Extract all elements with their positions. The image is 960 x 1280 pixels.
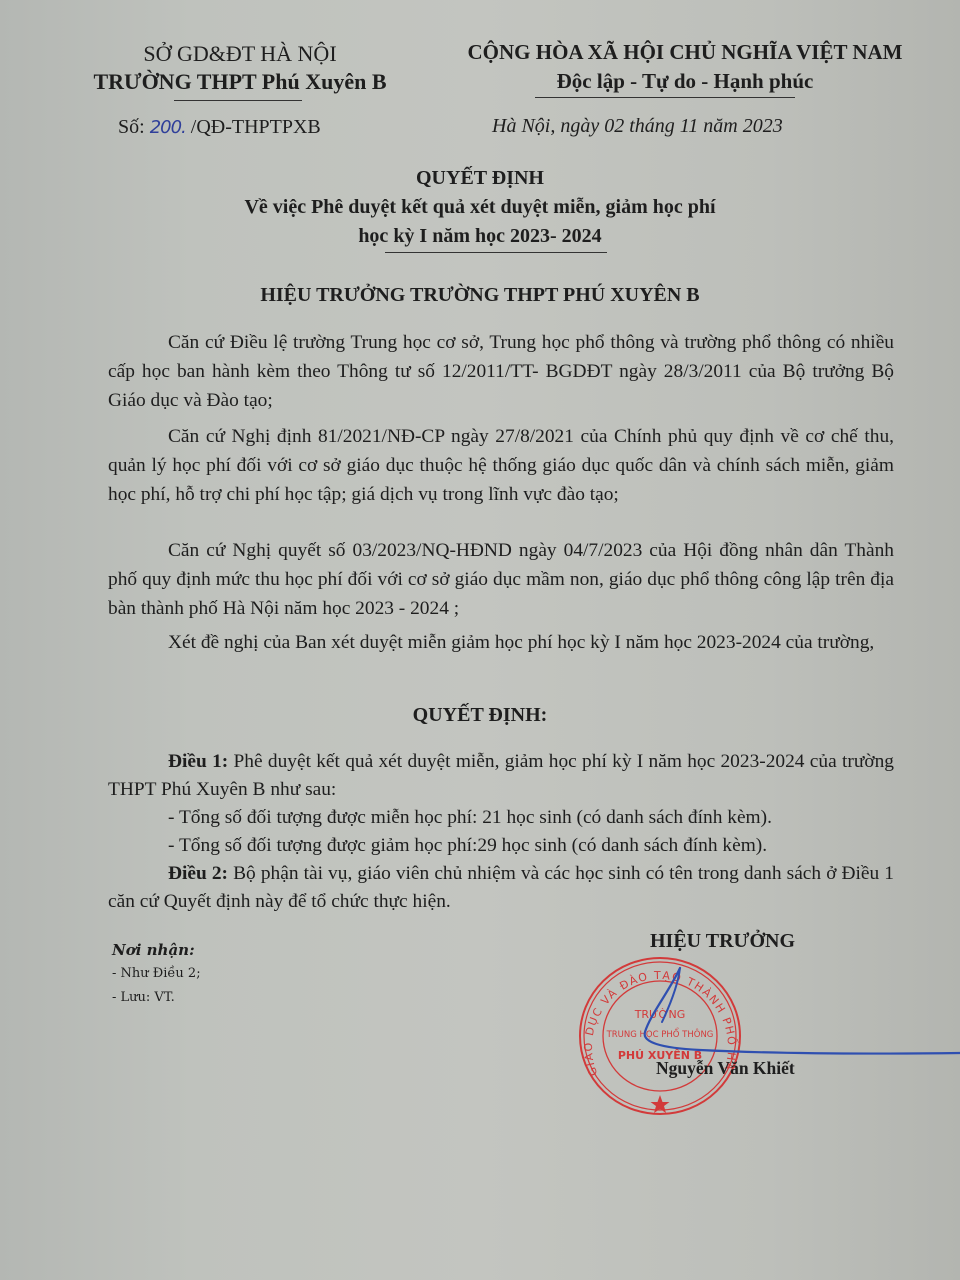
signer-name: Nguyễn Văn Khiết bbox=[656, 1058, 795, 1079]
preamble-paragraph: Căn cứ Điều lệ trường Trung học cơ sở, T… bbox=[108, 328, 894, 415]
decision-document: SỞ GD&ĐT HÀ NỘI TRƯỜNG THPT Phú Xuyên B … bbox=[0, 0, 960, 1280]
nation-name: CỘNG HÒA XÃ HỘI CHỦ NGHĨA VIỆT NAM bbox=[430, 38, 940, 67]
preamble: Căn cứ Điều lệ trường Trung học cơ sở, T… bbox=[108, 328, 894, 415]
preamble-paragraph: Căn cứ Nghị quyết số 03/2023/NQ-HĐND ngà… bbox=[108, 536, 894, 623]
article-1-label: Điều 1: bbox=[168, 751, 228, 772]
handwritten-number: 200. bbox=[150, 117, 186, 138]
signer-title: HIỆU TRƯỞNG bbox=[650, 930, 795, 953]
preamble: Căn cứ Nghị quyết số 03/2023/NQ-HĐND ngà… bbox=[108, 536, 894, 623]
preamble: Căn cứ Nghị định 81/2021/NĐ-CP ngày 27/8… bbox=[108, 422, 894, 509]
decision-heading: QUYẾT ĐỊNH: bbox=[100, 704, 860, 727]
recipient-item: - Như Điều 2; bbox=[112, 962, 201, 986]
authority-line: HIỆU TRƯỞNG TRƯỜNG THPT PHÚ XUYÊN B bbox=[100, 284, 860, 307]
school-name: TRƯỜNG THPT Phú Xuyên B bbox=[40, 68, 440, 96]
recipient-item: - Lưu: VT. bbox=[112, 986, 201, 1010]
recipients-block: Nơi nhận: - Như Điều 2; - Lưu: VT. bbox=[112, 938, 201, 1010]
header-right-rule bbox=[535, 97, 795, 98]
header-left-rule bbox=[174, 100, 302, 101]
article-1-bullet-reduced: - Tổng số đối tượng được giảm học phí:29… bbox=[108, 832, 894, 860]
preamble-paragraph: Căn cứ Nghị định 81/2021/NĐ-CP ngày 27/8… bbox=[108, 422, 894, 509]
article-2-label: Điều 2: bbox=[168, 863, 228, 884]
nation-header: CỘNG HÒA XÃ HỘI CHỦ NGHĨA VIỆT NAM Độc l… bbox=[430, 38, 940, 96]
department-name: SỞ GD&ĐT HÀ NỘI bbox=[40, 40, 440, 68]
signature-scribble-icon bbox=[640, 960, 960, 1060]
article-2: Điều 2: Bộ phận tài vụ, giáo viên chủ nh… bbox=[108, 860, 894, 916]
title-subject-2: học kỳ I năm học 2023- 2024 bbox=[100, 222, 860, 251]
national-motto: Độc lập - Tự do - Hạnh phúc bbox=[430, 67, 940, 96]
number-prefix: Số: bbox=[118, 116, 150, 138]
title-heading: QUYẾT ĐỊNH bbox=[100, 164, 860, 193]
articles: Điều 1: Phê duyệt kết quả xét duyệt miễn… bbox=[108, 748, 894, 916]
issuer-header: SỞ GD&ĐT HÀ NỘI TRƯỜNG THPT Phú Xuyên B bbox=[40, 40, 440, 96]
number-suffix: /QĐ-THPTPXB bbox=[186, 116, 321, 138]
preamble: Xét đề nghị của Ban xét duyệt miễn giảm … bbox=[108, 628, 894, 657]
title-rule bbox=[385, 252, 607, 253]
decision-title: QUYẾT ĐỊNH Về việc Phê duyệt kết quả xét… bbox=[100, 164, 860, 251]
recipients-label: Nơi nhận: bbox=[112, 938, 201, 962]
article-1: Điều 1: Phê duyệt kết quả xét duyệt miễn… bbox=[108, 748, 894, 804]
place-date: Hà Nội, ngày 02 tháng 11 năm 2023 bbox=[492, 115, 783, 138]
title-subject-1: Về việc Phê duyệt kết quả xét duyệt miễn… bbox=[100, 193, 860, 222]
document-number: Số: 200. /QĐ-THPTPXB bbox=[118, 116, 321, 139]
article-1-bullet-exempt: - Tổng số đối tượng được miễn học phí: 2… bbox=[108, 804, 894, 832]
preamble-paragraph: Xét đề nghị của Ban xét duyệt miễn giảm … bbox=[108, 628, 894, 657]
